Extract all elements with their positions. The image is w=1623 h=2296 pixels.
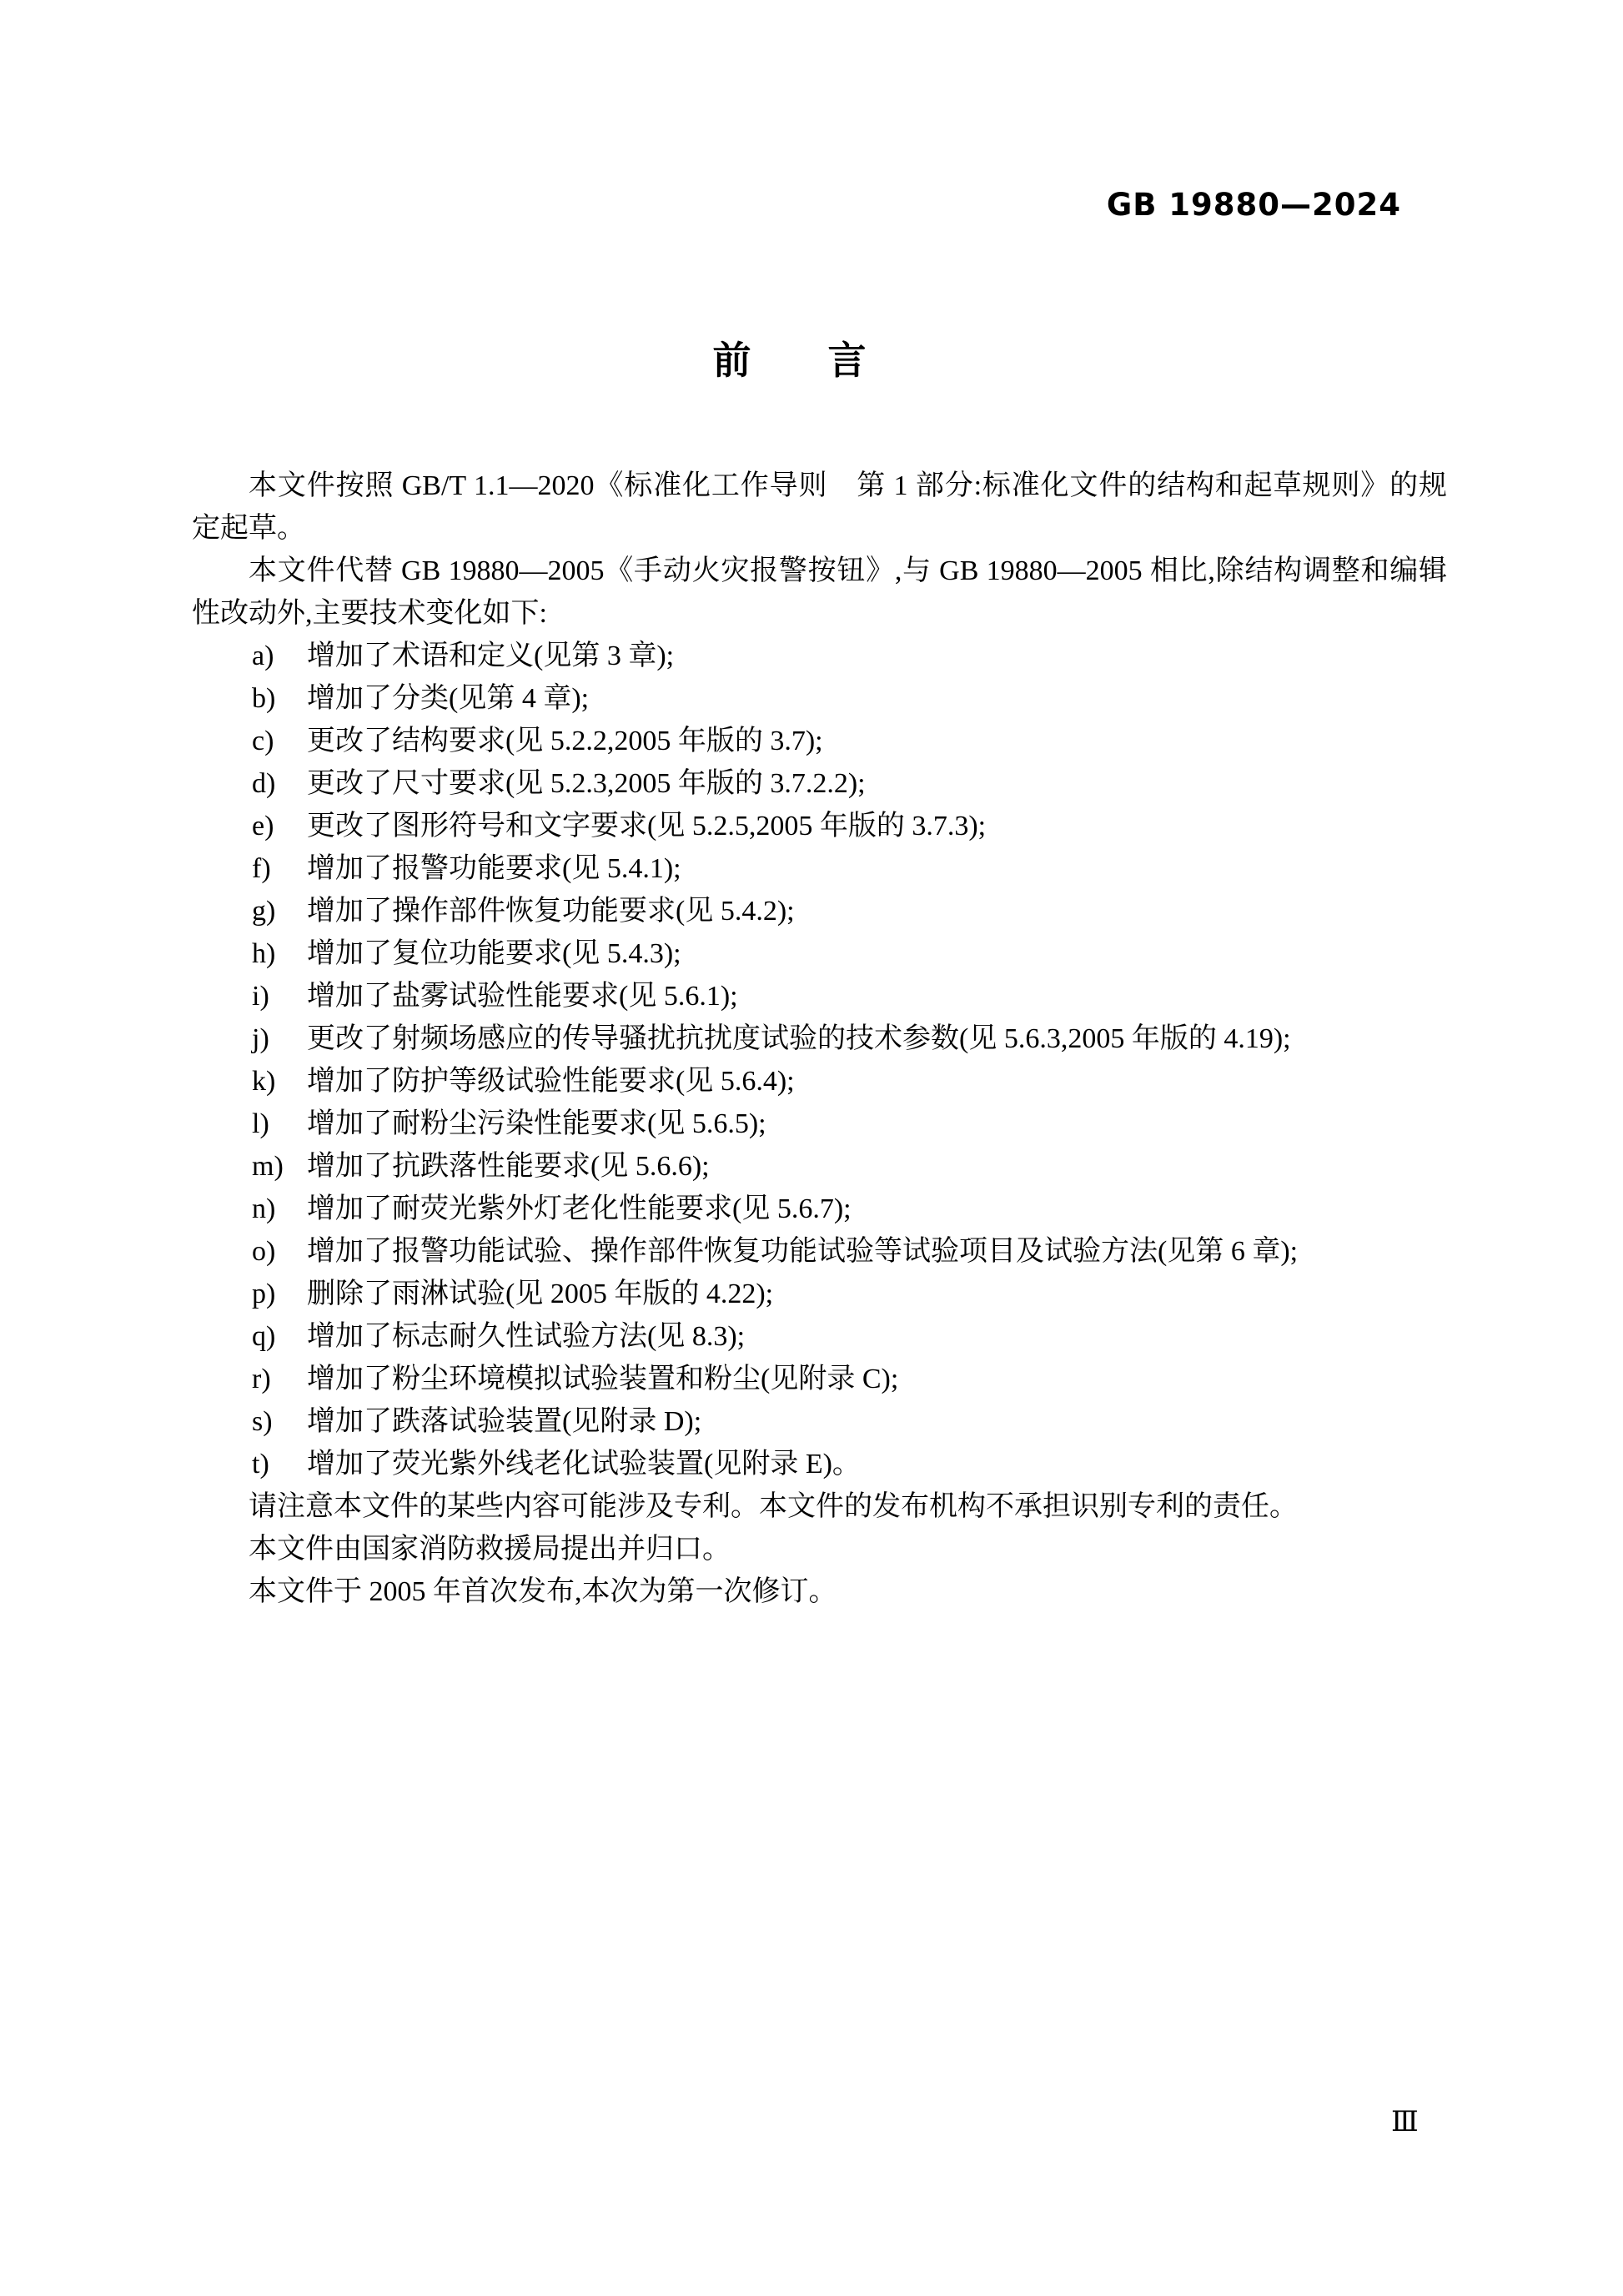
list-text: 增加了抗跌落性能要求(见 5.6.6);	[307, 1145, 1447, 1188]
foreword-body: 本文件按照 GB/T 1.1—2020《标准化工作导则 第 1 部分:标准化文件…	[192, 465, 1447, 1613]
list-text: 增加了耐粉尘污染性能要求(见 5.6.5);	[307, 1103, 1447, 1145]
list-marker: t)	[252, 1443, 307, 1485]
list-item: r) 增加了粉尘环境模拟试验装置和粉尘(见附录 C);	[192, 1358, 1447, 1400]
list-text: 更改了图形符号和文字要求(见 5.2.5,2005 年版的 3.7.3);	[307, 805, 1447, 847]
list-item: d) 更改了尺寸要求(见 5.2.3,2005 年版的 3.7.2.2);	[192, 762, 1447, 805]
closing-paragraph-patent: 请注意本文件的某些内容可能涉及专利。本文件的发布机构不承担识别专利的责任。	[192, 1485, 1447, 1528]
list-text: 增加了报警功能试验、操作部件恢复功能试验等试验项目及试验方法(见第 6 章);	[307, 1230, 1447, 1273]
list-item: h) 增加了复位功能要求(见 5.4.3);	[192, 932, 1447, 975]
page-title: 前 言	[192, 330, 1387, 385]
list-item: c) 更改了结构要求(见 5.2.2,2005 年版的 3.7);	[192, 720, 1447, 762]
list-item: f) 增加了报警功能要求(见 5.4.1);	[192, 847, 1447, 890]
list-text: 增加了盐雾试验性能要求(见 5.6.1);	[307, 975, 1447, 1017]
list-text: 增加了防护等级试验性能要求(见 5.6.4);	[307, 1060, 1447, 1103]
list-text: 增加了耐荧光紫外灯老化性能要求(见 5.6.7);	[307, 1188, 1447, 1230]
list-item: q) 增加了标志耐久性试验方法(见 8.3);	[192, 1315, 1447, 1358]
list-text: 增加了操作部件恢复功能要求(见 5.4.2);	[307, 890, 1447, 932]
list-marker: g)	[252, 890, 307, 932]
list-marker: f)	[252, 847, 307, 890]
list-item: s) 增加了跌落试验装置(见附录 D);	[192, 1400, 1447, 1443]
list-marker: s)	[252, 1400, 307, 1443]
list-marker: m)	[252, 1145, 307, 1188]
list-item: g) 增加了操作部件恢复功能要求(见 5.4.2);	[192, 890, 1447, 932]
list-marker: e)	[252, 805, 307, 847]
list-text: 增加了分类(见第 4 章);	[307, 677, 1447, 720]
list-marker: p)	[252, 1273, 307, 1315]
list-text: 增加了跌落试验装置(见附录 D);	[307, 1400, 1447, 1443]
list-item: t) 增加了荧光紫外线老化试验装置(见附录 E)。	[192, 1443, 1447, 1485]
list-marker: l)	[252, 1103, 307, 1145]
closing-paragraph-history: 本文件于 2005 年首次发布,本次为第一次修订。	[192, 1570, 1447, 1613]
list-item: b) 增加了分类(见第 4 章);	[192, 677, 1447, 720]
list-text: 增加了标志耐久性试验方法(见 8.3);	[307, 1315, 1447, 1358]
list-marker: k)	[252, 1060, 307, 1103]
list-text: 增加了复位功能要求(见 5.4.3);	[307, 932, 1447, 975]
list-text: 删除了雨淋试验(见 2005 年版的 4.22);	[307, 1273, 1447, 1315]
standard-code-header: GB 19880—2024	[1107, 187, 1401, 223]
list-text: 更改了结构要求(见 5.2.2,2005 年版的 3.7);	[307, 720, 1447, 762]
intro-paragraph-1: 本文件按照 GB/T 1.1—2020《标准化工作导则 第 1 部分:标准化文件…	[192, 465, 1447, 550]
list-item: m) 增加了抗跌落性能要求(见 5.6.6);	[192, 1145, 1447, 1188]
list-marker: r)	[252, 1358, 307, 1400]
list-text: 增加了术语和定义(见第 3 章);	[307, 635, 1447, 677]
list-marker: q)	[252, 1315, 307, 1358]
list-marker: a)	[252, 635, 307, 677]
list-item: n) 增加了耐荧光紫外灯老化性能要求(见 5.6.7);	[192, 1188, 1447, 1230]
list-item: a) 增加了术语和定义(见第 3 章);	[192, 635, 1447, 677]
list-text: 更改了尺寸要求(见 5.2.3,2005 年版的 3.7.2.2);	[307, 762, 1447, 805]
document-page: GB 19880—2024 前 言 本文件按照 GB/T 1.1—2020《标准…	[0, 0, 1623, 2296]
list-text: 增加了荧光紫外线老化试验装置(见附录 E)。	[307, 1443, 1447, 1485]
list-item: p) 删除了雨淋试验(见 2005 年版的 4.22);	[192, 1273, 1447, 1315]
closing-paragraph-issuer: 本文件由国家消防救援局提出并归口。	[192, 1528, 1447, 1570]
list-text: 更改了射频场感应的传导骚扰抗扰度试验的技术参数(见 5.6.3,2005 年版的…	[307, 1017, 1447, 1060]
list-text: 增加了报警功能要求(见 5.4.1);	[307, 847, 1447, 890]
page-number: Ⅲ	[1391, 2105, 1419, 2138]
intro-paragraph-2: 本文件代替 GB 19880—2005《手动火灾报警按钮》,与 GB 19880…	[192, 550, 1447, 635]
list-item: k) 增加了防护等级试验性能要求(见 5.6.4);	[192, 1060, 1447, 1103]
list-marker: d)	[252, 762, 307, 805]
list-marker: h)	[252, 932, 307, 975]
list-marker: b)	[252, 677, 307, 720]
list-item: o) 增加了报警功能试验、操作部件恢复功能试验等试验项目及试验方法(见第 6 章…	[192, 1230, 1447, 1273]
list-marker: j)	[252, 1017, 307, 1060]
changes-list: a) 增加了术语和定义(见第 3 章); b) 增加了分类(见第 4 章); c…	[192, 635, 1447, 1485]
list-marker: o)	[252, 1230, 307, 1273]
list-item: i) 增加了盐雾试验性能要求(见 5.6.1);	[192, 975, 1447, 1017]
list-marker: c)	[252, 720, 307, 762]
list-item: j) 更改了射频场感应的传导骚扰抗扰度试验的技术参数(见 5.6.3,2005 …	[192, 1017, 1447, 1060]
list-item: l) 增加了耐粉尘污染性能要求(见 5.6.5);	[192, 1103, 1447, 1145]
list-item: e) 更改了图形符号和文字要求(见 5.2.5,2005 年版的 3.7.3);	[192, 805, 1447, 847]
list-text: 增加了粉尘环境模拟试验装置和粉尘(见附录 C);	[307, 1358, 1447, 1400]
list-marker: i)	[252, 975, 307, 1017]
list-marker: n)	[252, 1188, 307, 1230]
